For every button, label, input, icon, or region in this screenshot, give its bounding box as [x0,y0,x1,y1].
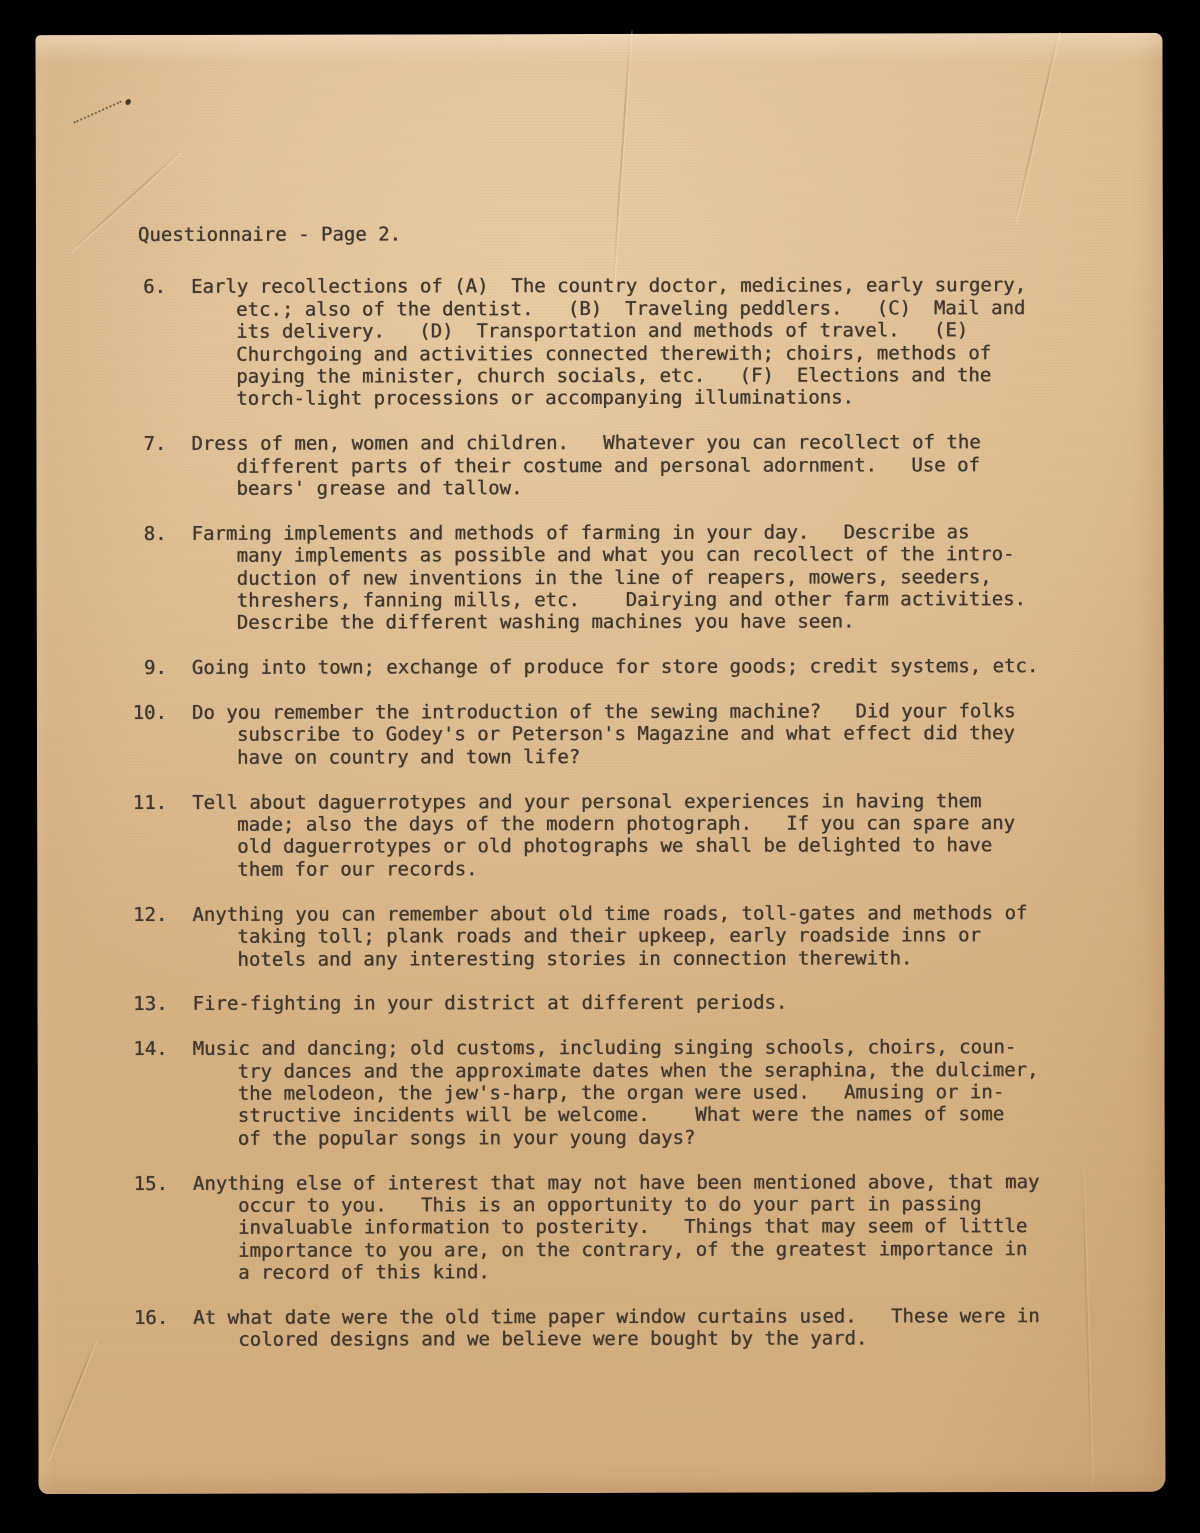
document-page: Questionnaire - Page 2. 6.Early recollec… [35,33,1165,1494]
questionnaire-item: 6.Early recollections of (A) The country… [36,274,1163,411]
item-line: have on country and town life? [192,745,1164,769]
item-lines: Music and dancing; old customs, includin… [193,1036,1165,1150]
typewritten-text: Questionnaire - Page 2. 6.Early recollec… [36,222,1165,1374]
item-line: made; also the days of the modern photog… [192,812,1164,836]
item-line: a record of this kind. [193,1260,1165,1284]
item-line: try dances and the approximate dates whe… [193,1058,1165,1082]
item-line: bears' grease and tallow. [191,476,1163,500]
item-line: Fire-fighting in your district at differ… [192,991,1164,1015]
item-line: subscribe to Godey's or Peterson's Magaz… [192,722,1164,746]
item-line: Dress of men, women and children. Whatev… [191,431,1163,455]
questionnaire-item: 7.Dress of men, women and children. What… [36,431,1163,501]
item-line: Describe the different washing machines … [192,610,1164,634]
questionnaire-item: 13.Fire-fighting in your district at dif… [37,991,1164,1016]
item-line: Anything else of interest that may not h… [193,1170,1165,1194]
item-line: Early recollections of (A) The country d… [191,274,1163,298]
item-line: At what date were the old time paper win… [193,1305,1165,1329]
item-lines: Going into town; exchange of produce for… [192,655,1164,679]
questionnaire-item: 11.Tell about daguerrotypes and your per… [37,789,1164,881]
item-number: 12. [97,904,167,927]
ink-dot-mark [125,98,132,105]
item-line: Anything you can remember about old time… [192,902,1164,926]
item-lines: Do you remember the introduction of the … [192,700,1164,769]
item-line: invaluable information to posterity. Thi… [193,1215,1165,1239]
item-line: occur to you. This is an opportunity to … [193,1193,1165,1217]
questionnaire-item: 12.Anything you can remember about old t… [37,902,1164,972]
pen-slash-mark [73,101,121,124]
item-lines: Anything you can remember about old time… [192,902,1164,971]
item-line: Farming implements and methods of farmin… [191,521,1163,545]
item-line: the melodeon, the jew's-harp, the organ … [193,1081,1165,1105]
page-title: Questionnaire - Page 2. [138,222,1163,247]
item-number: 13. [97,993,167,1016]
item-line: them for our records. [192,857,1164,881]
item-line: Going into town; exchange of produce for… [192,655,1164,679]
item-line: torch-light processions or accompanying … [191,386,1163,410]
questionnaire-item: 14.Music and dancing; old customs, inclu… [38,1036,1165,1150]
item-line: different parts of their costume and per… [191,453,1163,477]
item-number: 10. [97,702,167,725]
item-line: its delivery. (D) Transportation and met… [191,319,1163,343]
item-line: Do you remember the introduction of the … [192,700,1164,724]
item-lines: Early recollections of (A) The country d… [191,274,1163,410]
item-number: 11. [97,792,167,815]
item-line: Churchgoing and activities connected the… [191,341,1163,365]
item-line: Tell about daguerrotypes and your person… [192,789,1164,813]
item-line: colored designs and we believe were boug… [193,1327,1165,1351]
questionnaire-item: 15.Anything else of interest that may no… [38,1170,1165,1284]
item-line: old daguerrotypes or old photographs we … [192,834,1164,858]
questionnaire-item: 10.Do you remember the introduction of t… [37,700,1164,770]
item-number: 16. [98,1307,168,1330]
item-number: 15. [98,1172,168,1195]
item-line: threshers, fanning mills, etc. Dairying … [192,588,1164,612]
item-number: 8. [96,523,166,546]
item-lines: Dress of men, women and children. Whatev… [191,431,1163,500]
item-number: 7. [96,433,166,456]
scan-background: Questionnaire - Page 2. 6.Early recollec… [0,0,1200,1533]
item-line: hotels and any interesting stories in co… [192,946,1164,970]
item-line: structive incidents will be welcome. Wha… [193,1103,1165,1127]
item-line: taking toll; plank roads and their upkee… [192,924,1164,948]
item-lines: At what date were the old time paper win… [193,1305,1165,1352]
questionnaire-items: 6.Early recollections of (A) The country… [36,274,1165,1352]
item-line: etc.; also of the dentist. (B) Traveling… [191,297,1163,321]
paper-crease [1014,31,1059,222]
item-number: 9. [97,657,167,680]
item-line: duction of new inventions in the line of… [192,565,1164,589]
item-number: 14. [98,1038,168,1061]
item-line: paying the minister, church socials, etc… [191,364,1163,388]
item-line: importance to you are, on the contrary, … [193,1238,1165,1262]
item-line: Music and dancing; old customs, includin… [193,1036,1165,1060]
item-lines: Farming implements and methods of farmin… [191,521,1163,635]
item-lines: Tell about daguerrotypes and your person… [192,789,1164,881]
questionnaire-item: 16.At what date were the old time paper … [38,1305,1165,1352]
item-number: 6. [96,276,166,299]
item-lines: Anything else of interest that may not h… [193,1170,1165,1284]
item-line: many implements as possible and what you… [192,543,1164,567]
item-line: of the popular songs in your young days? [193,1126,1165,1150]
questionnaire-item: 8.Farming implements and methods of farm… [36,521,1163,635]
item-lines: Fire-fighting in your district at differ… [192,991,1164,1015]
questionnaire-item: 9.Going into town; exchange of produce f… [37,655,1164,680]
